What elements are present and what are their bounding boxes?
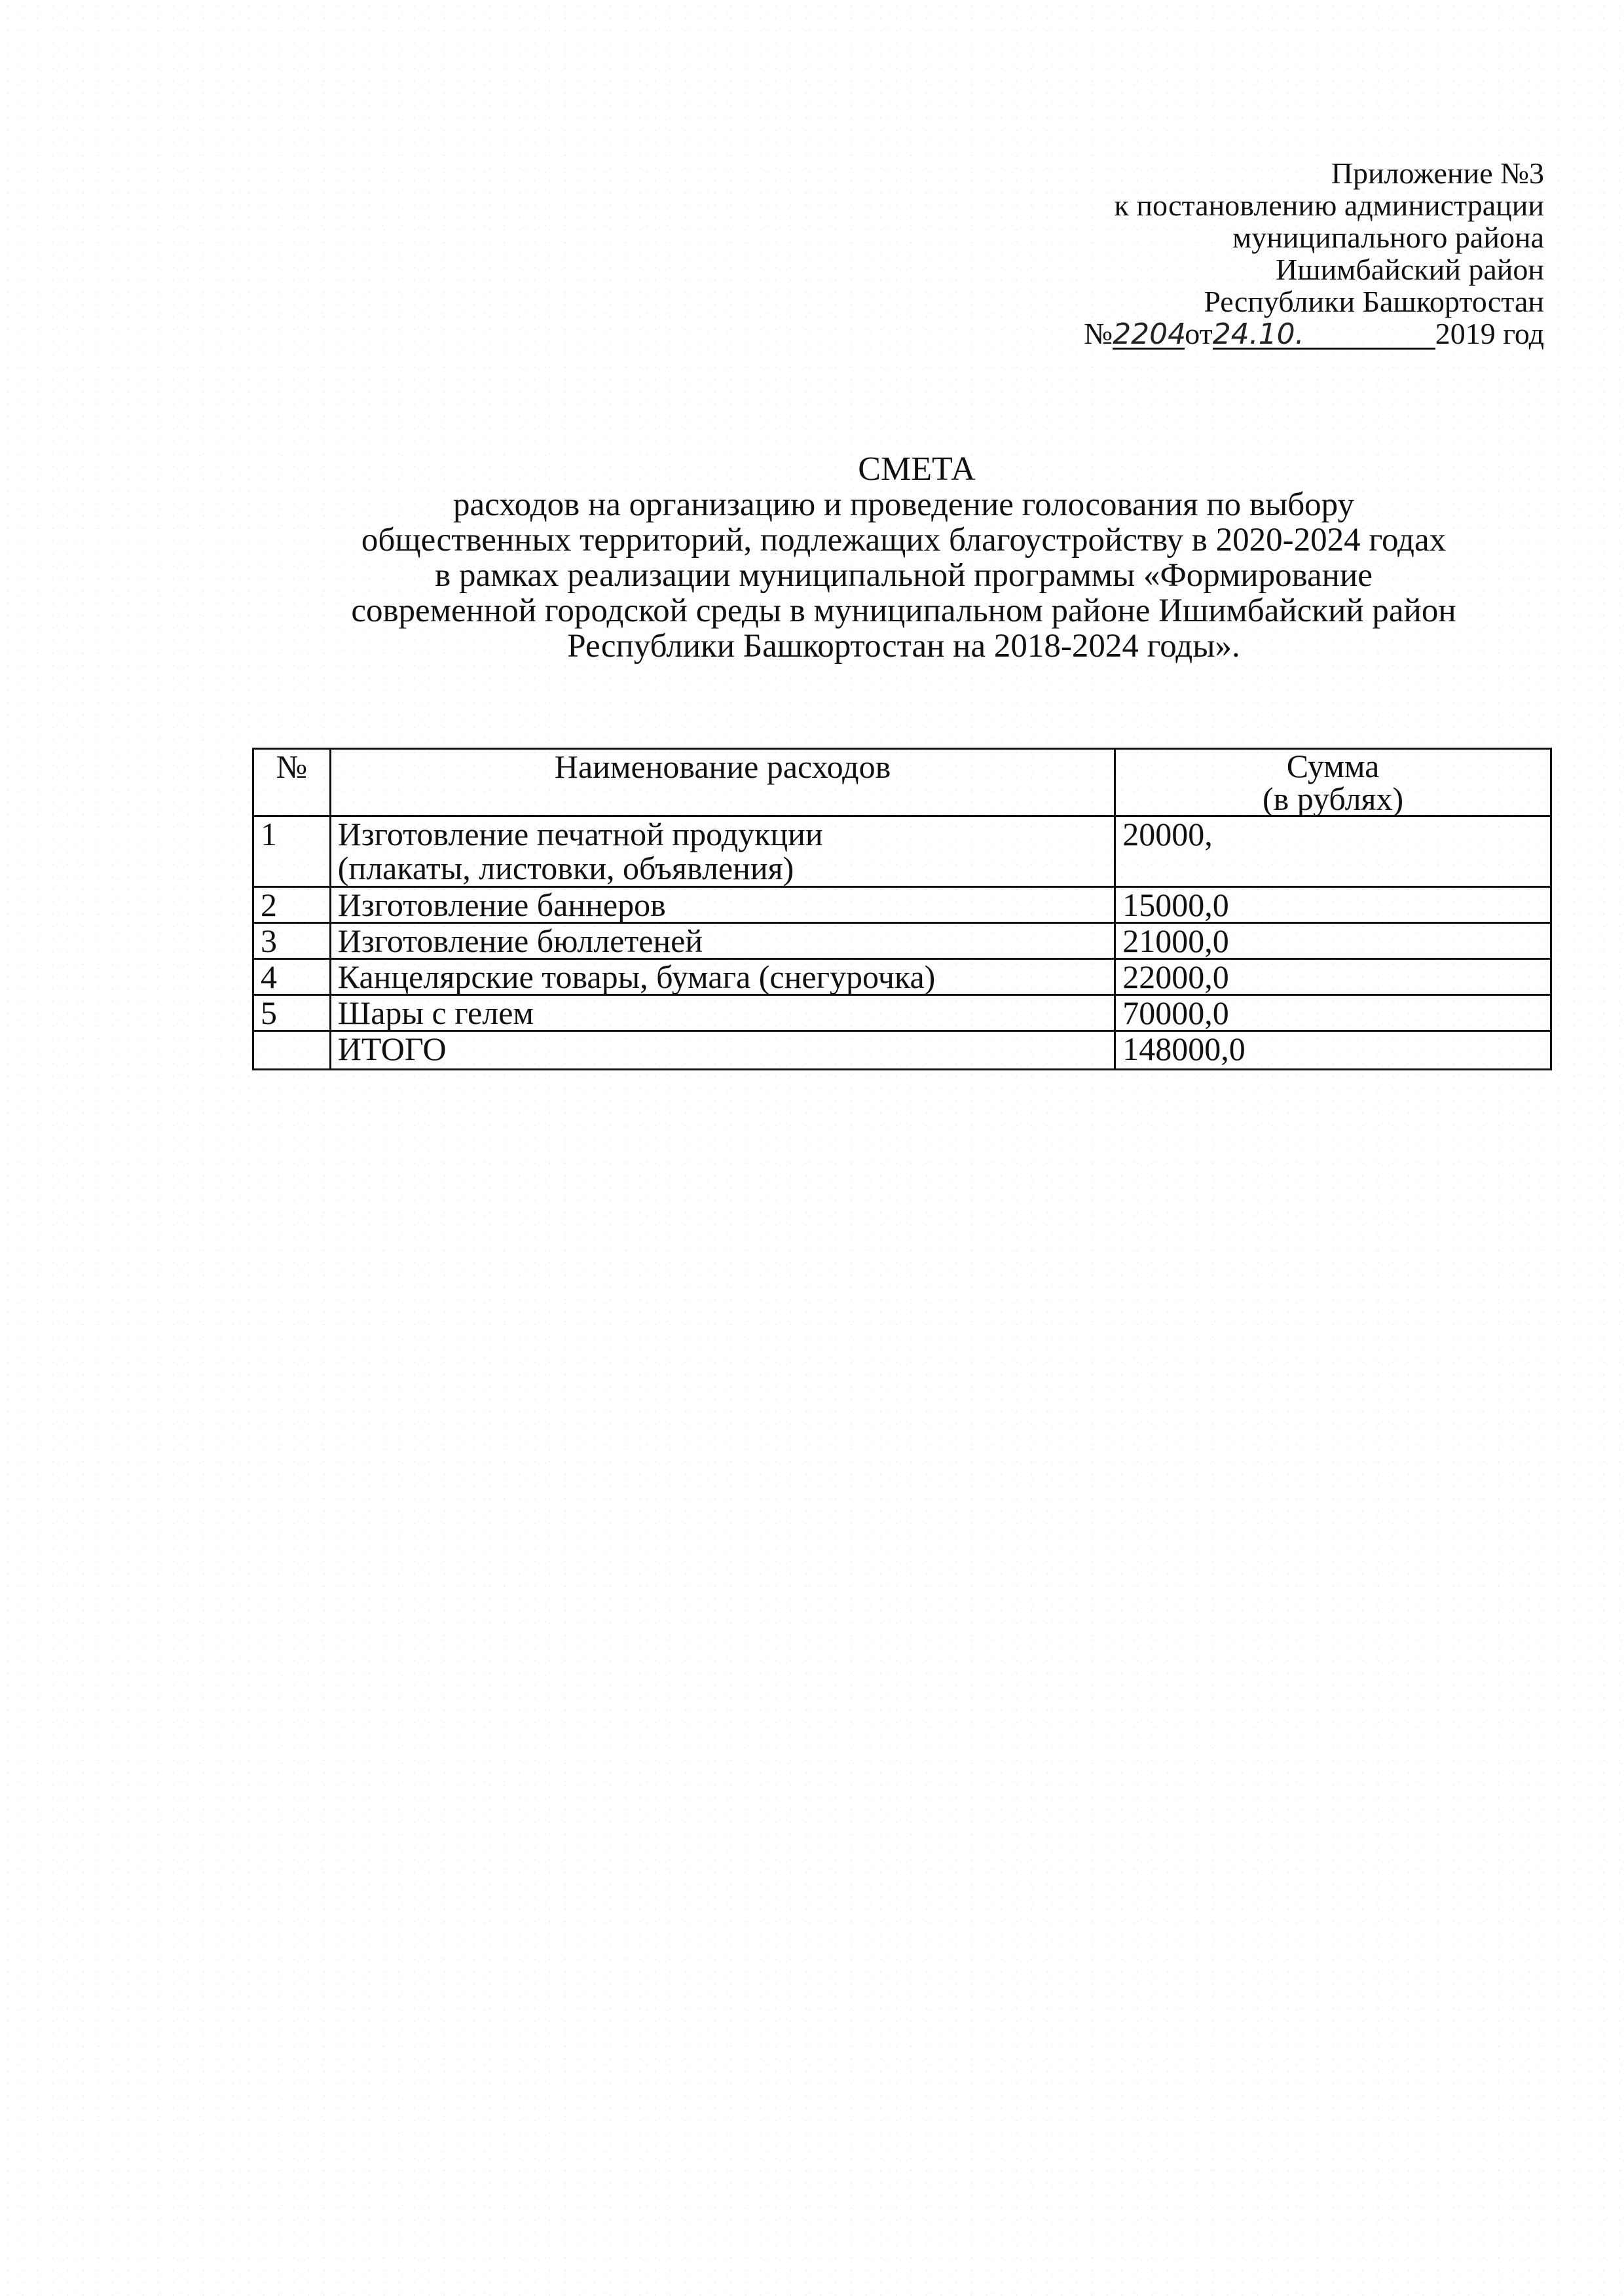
row-num: 5 — [253, 995, 331, 1031]
header-num: № — [253, 749, 331, 816]
table-row: 3 Изготовление бюллетеней 21000,0 — [253, 923, 1551, 959]
handwritten-decree-number: 2204 — [1113, 321, 1185, 350]
title-line: современной городской среды в муниципаль… — [236, 593, 1572, 629]
document-title-block: СМЕТА расходов на организацию и проведен… — [236, 452, 1572, 664]
total-sum: 148000,0 — [1115, 1031, 1551, 1070]
row-name: Канцелярские товары, бумага (снегурочка) — [330, 959, 1115, 995]
appendix-header: Приложение №3 к постановлению администра… — [1084, 157, 1544, 350]
total-label: ИТОГО — [330, 1031, 1115, 1070]
header-sum-label: Сумма — [1122, 750, 1543, 782]
row-num: 2 — [253, 887, 331, 923]
row-sum: 15000,0 — [1115, 887, 1551, 923]
row-name: Изготовление бюллетеней — [330, 923, 1115, 959]
decree-number-line: №2204от24.10.2019 год — [1084, 318, 1544, 350]
header-sum-unit: (в рублях) — [1122, 782, 1543, 815]
table-total-row: ИТОГО 148000,0 — [253, 1031, 1551, 1070]
expenses-table: № Наименование расходов Сумма (в рублях)… — [252, 748, 1552, 1070]
table-row: 2 Изготовление баннеров 15000,0 — [253, 887, 1551, 923]
row-name-line: (плакаты, листовки, объявления) — [338, 851, 1107, 885]
appendix-line: Республики Башкортостан — [1084, 285, 1544, 318]
title-line: Республики Башкортостан на 2018-2024 год… — [236, 629, 1572, 664]
row-name-line: Изготовление печатной продукции — [338, 817, 1107, 851]
title-line: расходов на организацию и проведение гол… — [236, 487, 1572, 522]
row-name: Изготовление баннеров — [330, 887, 1115, 923]
title-line: общественных территорий, подлежащих благ… — [236, 522, 1572, 558]
appendix-line: к постановлению администрации — [1084, 189, 1544, 221]
row-num: 3 — [253, 923, 331, 959]
appendix-line: муниципального района — [1084, 221, 1544, 253]
row-sum: 70000,0 — [1115, 995, 1551, 1031]
row-num: 1 — [253, 816, 331, 887]
handwritten-decree-date: 24.10. — [1213, 321, 1435, 350]
row-sum: 22000,0 — [1115, 959, 1551, 995]
number-prefix: № — [1084, 317, 1113, 350]
header-name: Наименование расходов — [330, 749, 1115, 816]
document-heading: СМЕТА — [236, 452, 1572, 487]
row-sum: 20000, — [1115, 816, 1551, 887]
row-sum: 21000,0 — [1115, 923, 1551, 959]
row-num: 4 — [253, 959, 331, 995]
title-line: в рамках реализации муниципальной програ… — [236, 558, 1572, 593]
row-name: Изготовление печатной продукции (плакаты… — [330, 816, 1115, 887]
table-row: 4 Канцелярские товары, бумага (снегурочк… — [253, 959, 1551, 995]
table-header-row: № Наименование расходов Сумма (в рублях) — [253, 749, 1551, 816]
row-name: Шары с гелем — [330, 995, 1115, 1031]
decree-year: 2019 год — [1435, 317, 1544, 350]
total-num — [253, 1031, 331, 1070]
header-sum: Сумма (в рублях) — [1115, 749, 1551, 816]
table-row: 5 Шары с гелем 70000,0 — [253, 995, 1551, 1031]
date-prefix: от — [1185, 317, 1213, 350]
appendix-title: Приложение №3 — [1084, 157, 1544, 189]
table-row: 1 Изготовление печатной продукции (плака… — [253, 816, 1551, 887]
appendix-line: Ишимбайский район — [1084, 253, 1544, 285]
